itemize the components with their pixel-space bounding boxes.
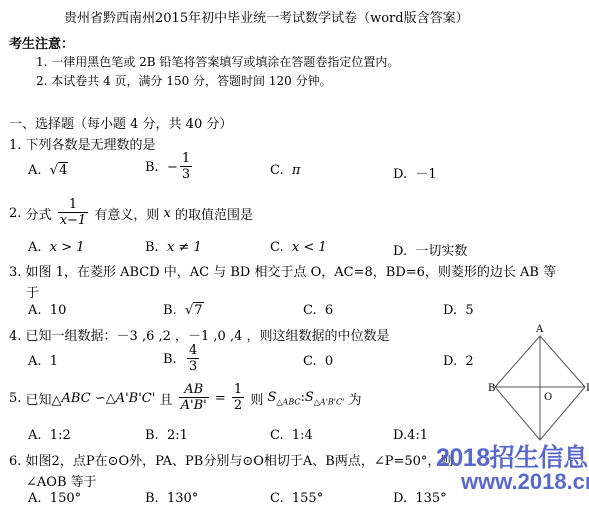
q6-option-d: D. 135° [393, 491, 447, 506]
q1-option-d: D. －1 [393, 163, 437, 182]
notice-heading: 考生注意： [9, 33, 74, 52]
q3-option-c: C. 6 [303, 303, 333, 318]
q4-option-a: A. 1 [28, 354, 58, 369]
question-2: 2. 分式 1x−1 有意义，则 x 的取值范围是 [9, 198, 253, 229]
q2-option-a: A. x > 1 [28, 240, 85, 255]
vertex-a-label: A [535, 324, 544, 335]
q6-option-a: A. 150° [28, 491, 81, 506]
q5-option-a: A. 1:2 [28, 428, 71, 443]
q5-option-c: C. 1:4 [270, 428, 313, 443]
q1-option-c: C. π [270, 163, 300, 178]
question-number: 1. [9, 138, 21, 153]
question-4: 4. 已知一组数据：－3 ,6 ,2 ，－1 ,0 ,4 ，则这组数据的中位数是 [9, 325, 390, 344]
q1-option-a: A. √4 [28, 163, 68, 178]
center-o-label: O [544, 392, 552, 403]
question-1: 1. 下列各数是无理数的是 [9, 134, 156, 153]
question-5: 5. 已知△ABC ∽△A'B'C' 且 ABA'B' = 12 则 S△ABC… [9, 383, 361, 414]
notice-item-2: 2. 本试卷共 4 页，满分 150 分，答题时间 120 分钟。 [36, 72, 332, 89]
question-3: 3. 如图 1，在菱形 ABCD 中，AC 与 BD 相交于点 O，AC=8，B… [9, 261, 556, 280]
q4-option-c: C. 0 [303, 354, 333, 369]
q4-option-d: D. 2 [443, 354, 474, 369]
question-3-line2: 于 [26, 282, 39, 301]
watermark-url[interactable]: www.2018.cn [461, 469, 589, 495]
q3-option-a: A. 10 [28, 303, 66, 318]
q3-option-d: D. 5 [443, 303, 474, 318]
q2-option-b: B. x ≠ 1 [145, 240, 202, 255]
section-heading: 一、选择题（每小题 4 分，共 40 分） [9, 113, 232, 132]
question-6-line2: ∠AOB 等于 [26, 471, 97, 490]
q2-option-c: C. x < 1 [270, 240, 327, 255]
vertex-b-label: B [488, 383, 495, 394]
document-title: 贵州省黔西南州2015年初中毕业统一考试数学试卷（word版含答案） [64, 7, 469, 26]
notice-item-1: 1. 一律用黑色笔或 2B 铅笔将答案填写或填涂在答题卷指定位置内。 [36, 53, 399, 70]
rhombus-figure: A B O D [488, 322, 589, 452]
q1-option-b: B. −13 [145, 152, 194, 183]
q6-option-b: B. 130° [145, 491, 198, 506]
q5-option-b: B. 2:1 [145, 428, 188, 443]
q2-option-d: D. 一切实数 [393, 240, 467, 259]
q3-option-b: B. √7 [163, 303, 204, 318]
q6-option-c: C. 155° [270, 491, 323, 506]
question-6: 6. 如图2，点P在⊙O外，PA、PB分别与⊙O相切于A、B两点，∠P=50°，… [9, 450, 453, 469]
q4-option-b: B. 43 [163, 344, 201, 375]
q5-option-d: D.4:1 [393, 428, 428, 443]
question-stem: 下列各数是无理数的是 [26, 138, 156, 153]
